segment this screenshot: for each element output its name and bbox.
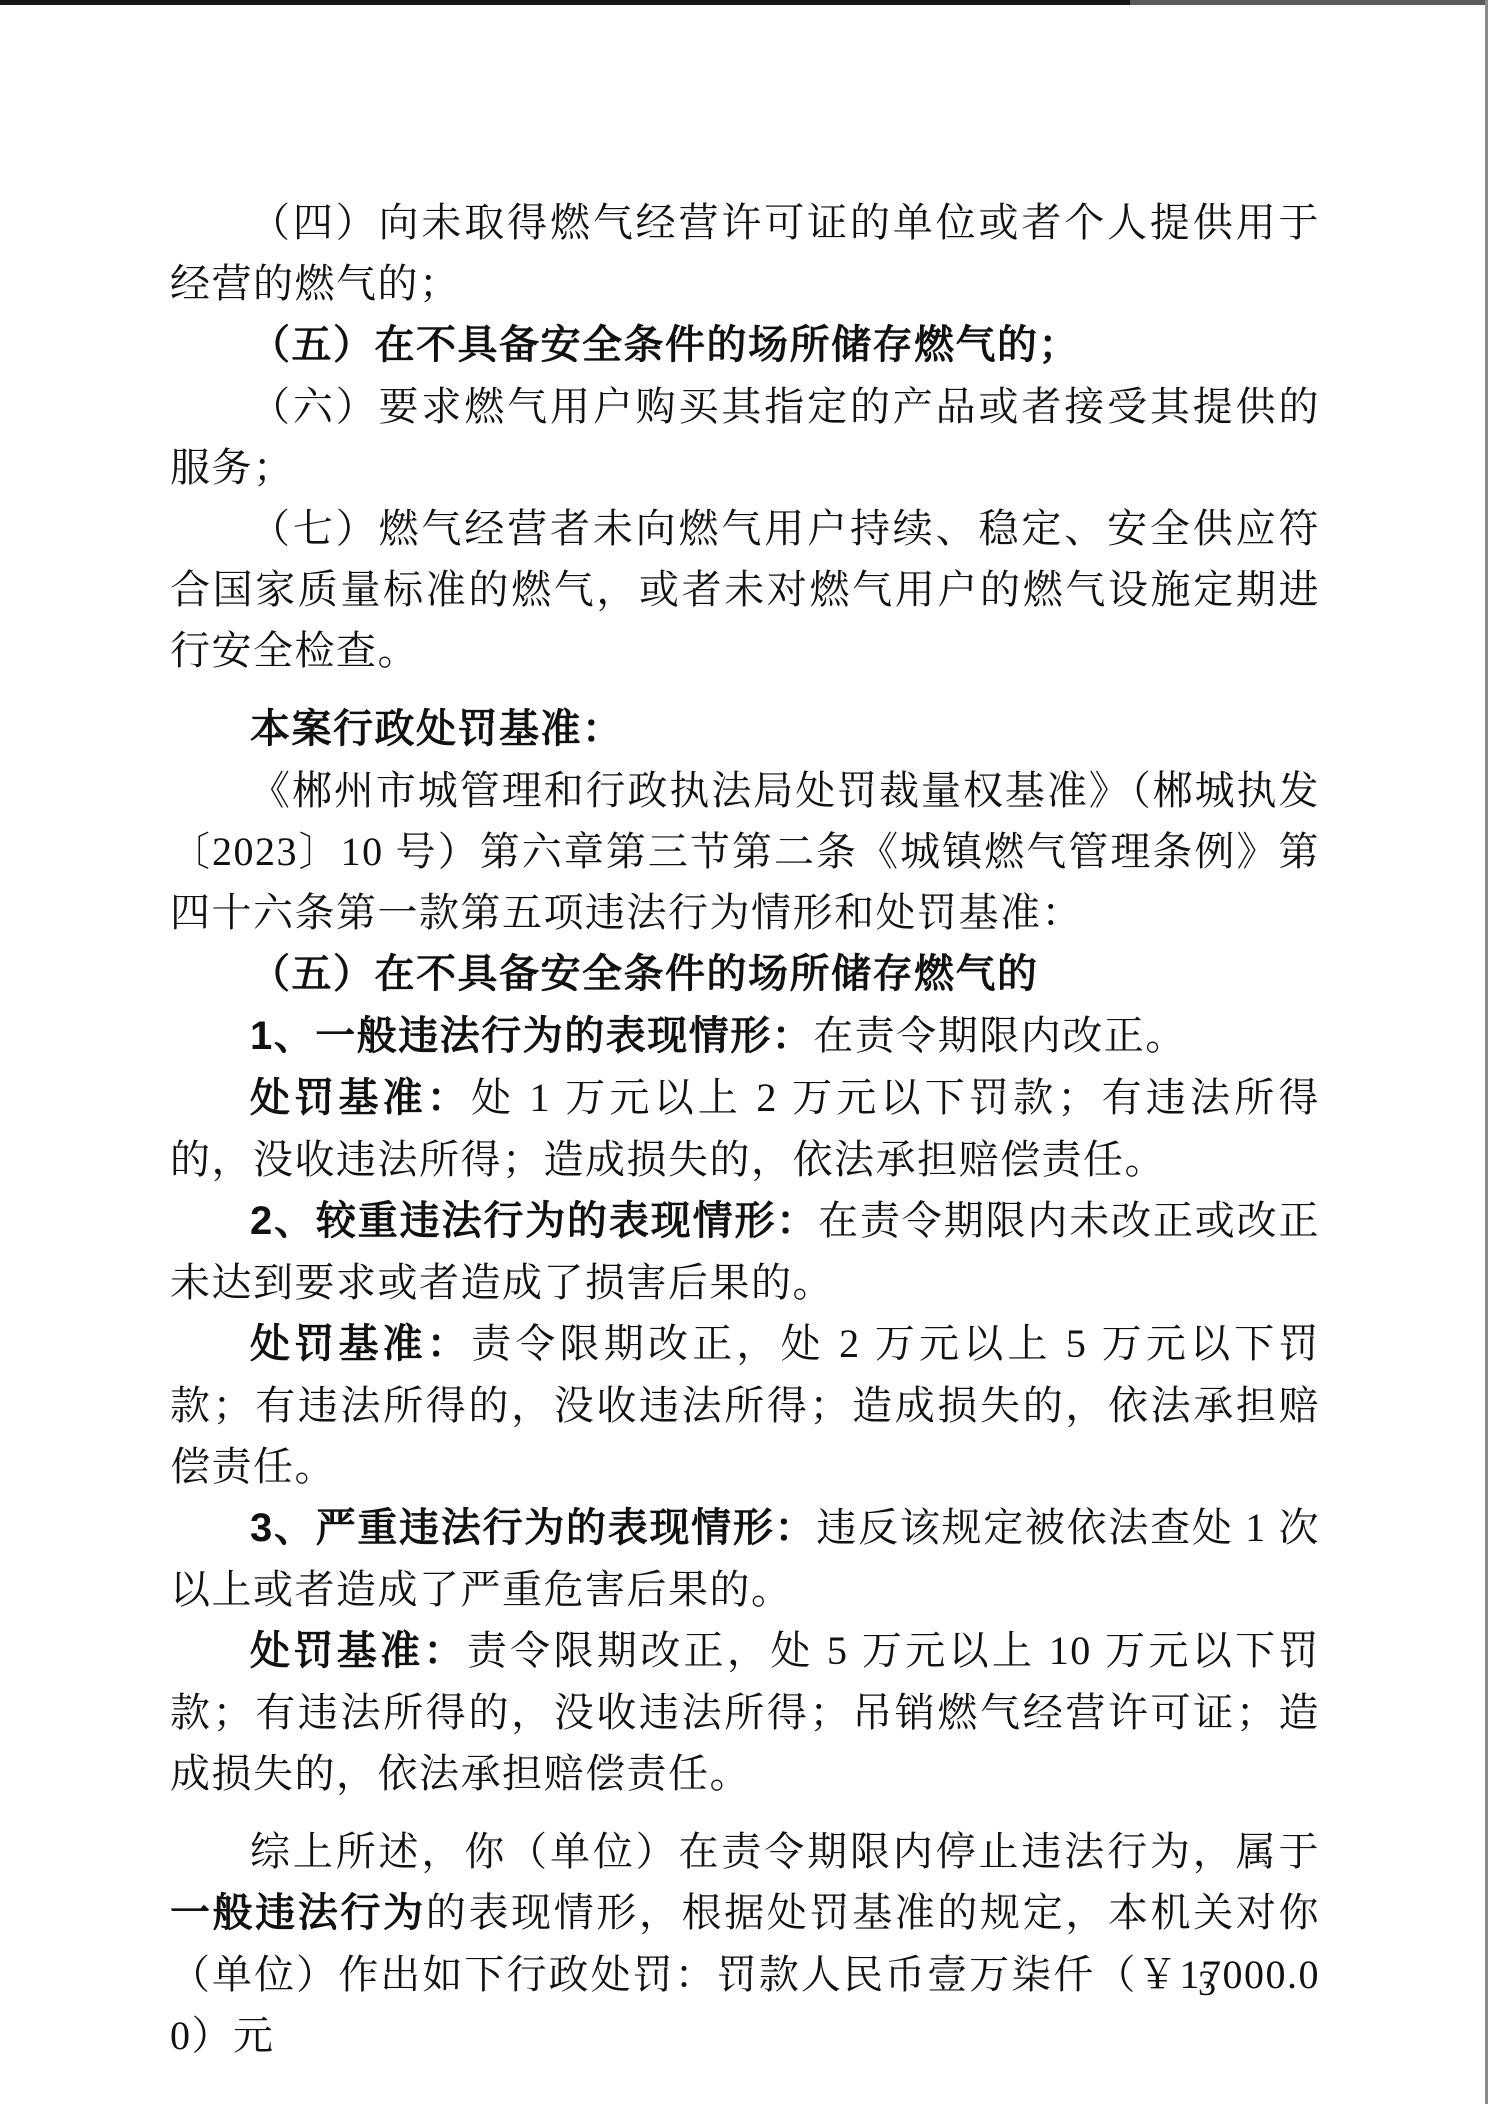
- paragraph-serious-penalty: 处罚基准：责令限期改正，处 2 万元以上 5 万元以下罚款；有违法所得的，没收违…: [170, 1313, 1320, 1497]
- text-run: 处罚基准：: [250, 1629, 467, 1673]
- text-run: 1、一般违法行为的表现情形：: [250, 1014, 813, 1058]
- paragraph-citation: 《郴州市城管理和行政执法局处罚裁量权基准》（郴城执发〔2023〕10 号）第六章…: [170, 760, 1320, 943]
- paragraph-general-penalty: 处罚基准：处 1 万元以上 2 万元以下罚款；有违法所得的，没收违法所得；造成损…: [170, 1067, 1320, 1190]
- text-run: 在责令期限内改正。: [813, 1013, 1187, 1058]
- page-number: 3: [1198, 1962, 1216, 2004]
- paragraph-heading-penalty-basis: 本案行政处罚基准：: [170, 698, 1320, 760]
- text-run: 3、严重违法行为的表现情形：: [250, 1506, 816, 1550]
- text-run: 本案行政处罚基准：: [250, 707, 624, 751]
- document-page: （四）向未取得燃气经营许可证的单位或者个人提供用于经营的燃气的； （五）在不具备…: [0, 0, 1488, 2104]
- text-run: （五）在不具备安全条件的场所储存燃气的: [250, 952, 1039, 996]
- text-run: （六）要求燃气用户购买其指定的产品或者接受其提供的服务；: [170, 384, 1320, 490]
- paragraph-serious-violation: 2、较重违法行为的表现情形：在责令期限内未改正或改正未达到要求或者造成了损害后果…: [170, 1190, 1320, 1313]
- text-run: 一般违法行为: [170, 1891, 426, 1935]
- scan-edge-top: [0, 0, 1130, 5]
- paragraph-item-6: （六）要求燃气用户购买其指定的产品或者接受其提供的服务；: [170, 376, 1320, 498]
- text-run: 《郴州市城管理和行政执法局处罚裁量权基准》（郴城执发〔2023〕10 号）第六章…: [170, 768, 1320, 935]
- text-run: 处罚基准：: [250, 1076, 471, 1120]
- paragraph-general-violation: 1、一般违法行为的表现情形：在责令期限内改正。: [170, 1005, 1320, 1067]
- paragraph-severe-violation: 3、严重违法行为的表现情形：违反该规定被依法查处 1 次以上或者造成了严重危害后…: [170, 1497, 1320, 1620]
- paragraph-conclusion: 综上所述，你（单位）在责令期限内停止违法行为，属于一般违法行为的表现情形，根据处…: [170, 1821, 1320, 2066]
- text-run: 2、较重违法行为的表现情形：: [250, 1199, 818, 1243]
- paragraph-item-5-repeat: （五）在不具备安全条件的场所储存燃气的: [170, 943, 1320, 1005]
- text-run: 处罚基准：: [250, 1322, 471, 1366]
- scan-edge-top-right: [1130, 0, 1488, 5]
- text-run: 综上所述，你（单位）在责令期限内停止违法行为，属于: [250, 1829, 1320, 1874]
- paragraph-item-5-bold: （五）在不具备安全条件的场所储存燃气的；: [170, 314, 1320, 376]
- paragraph-severe-penalty: 处罚基准：责令限期改正，处 5 万元以上 10 万元以下罚款；有违法所得的，没收…: [170, 1620, 1320, 1804]
- document-body: （四）向未取得燃气经营许可证的单位或者个人提供用于经营的燃气的； （五）在不具备…: [170, 192, 1320, 2066]
- text-run: （四）向未取得燃气经营许可证的单位或者个人提供用于经营的燃气的；: [170, 200, 1320, 306]
- paragraph-item-4: （四）向未取得燃气经营许可证的单位或者个人提供用于经营的燃气的；: [170, 192, 1320, 314]
- paragraph-item-7: （七）燃气经营者未向燃气用户持续、稳定、安全供应符合国家质量标准的燃气，或者未对…: [170, 498, 1320, 681]
- text-run: （五）在不具备安全条件的场所储存燃气的；: [250, 323, 1080, 367]
- text-run: （七）燃气经营者未向燃气用户持续、稳定、安全供应符合国家质量标准的燃气，或者未对…: [170, 506, 1320, 673]
